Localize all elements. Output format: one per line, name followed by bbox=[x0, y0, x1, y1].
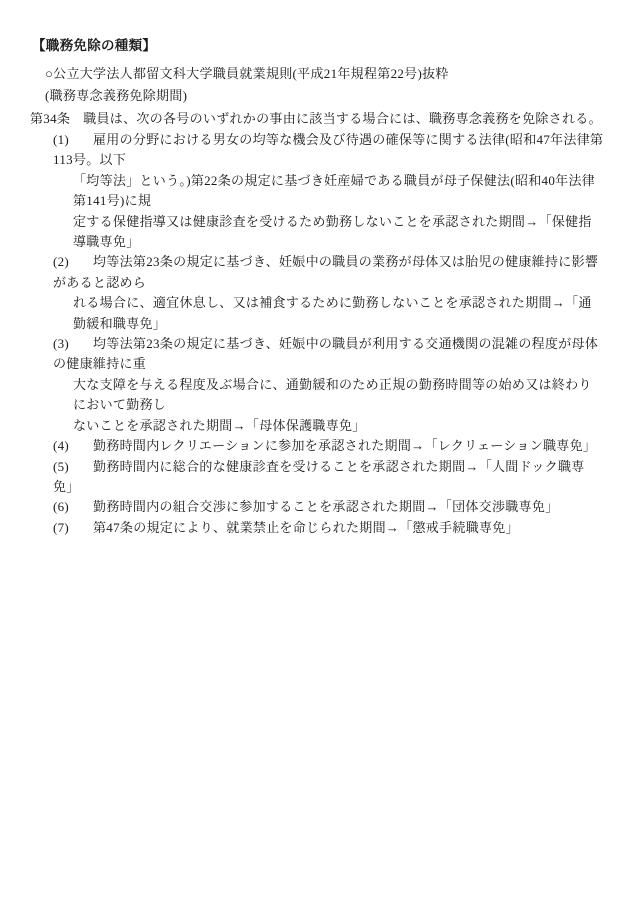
article-heading: 第34条職員は、次の各号のいずれかの事由に該当する場合には、職務専念義務を免除さ… bbox=[30, 108, 604, 129]
article-text: 職員は、次の各号のいずれかの事由に該当する場合には、職務専念義務を免除される。 bbox=[83, 111, 602, 126]
regulation-source-line: ○公立大学法人都留文科大学職員就業規則(平成21年規程第22号)抜粋 bbox=[45, 63, 604, 85]
item-marker: (1) bbox=[53, 130, 93, 150]
document-page: 【職務免除の種類】 ○公立大学法人都留文科大学職員就業規則(平成21年規程第22… bbox=[0, 0, 630, 903]
clause-caption-line: (職務専念義務免除期間) bbox=[45, 85, 604, 107]
item-marker: (7) bbox=[53, 518, 93, 538]
item-marker: (2) bbox=[53, 252, 93, 272]
list-item-6: (6)勤務時間内の組合交渉に参加することを承認された期間→「団体交渉職専免」 bbox=[30, 497, 604, 517]
item-line: 第47条の規定により、就業禁止を命じられた期間→「懲戒手続職専免」 bbox=[93, 520, 519, 535]
item-line: ないことを承認された期間→「母体保護職専免」 bbox=[30, 416, 604, 436]
list-item-7: (7)第47条の規定により、就業禁止を命じられた期間→「懲戒手続職専免」 bbox=[30, 518, 604, 538]
list-item-5: (5)勤務時間内に総合的な健康診査を受けることを承認された期間→「人間ドック職専… bbox=[30, 457, 604, 498]
item-line: 勤務時間内の組合交渉に参加することを承認された期間→「団体交渉職専免」 bbox=[93, 499, 559, 514]
list-item-3: (3)均等法第23条の規定に基づき、妊娠中の職員が利用する交通機関の混雑の程度が… bbox=[30, 334, 604, 436]
item-line: 勤務時間内に総合的な健康診査を受けることを承認された期間→「人間ドック職専免」 bbox=[53, 459, 585, 494]
item-list: (1)雇用の分野における男女の均等な機会及び待遇の確保等に関する法律(昭和47年… bbox=[30, 130, 604, 538]
item-line: 「均等法」という。)第22条の規定に基づき妊産婦である職員が母子保健法(昭和40… bbox=[30, 171, 604, 212]
article-number: 第34条 bbox=[30, 111, 70, 126]
item-line: 定する保健指導又は健康診査を受けるため勤務しないことを承認された期間→「保健指導… bbox=[30, 212, 604, 253]
list-item-2: (2)均等法第23条の規定に基づき、妊娠中の職員の業務が母体又は胎児の健康維持に… bbox=[30, 252, 604, 334]
item-line: 均等法第23条の規定に基づき、妊娠中の職員が利用する交通機関の混雑の程度が母体の… bbox=[53, 336, 598, 371]
item-marker: (4) bbox=[53, 436, 93, 456]
item-marker: (5) bbox=[53, 457, 93, 477]
item-line: 雇用の分野における男女の均等な機会及び待遇の確保等に関する法律(昭和47年法律第… bbox=[53, 132, 603, 167]
item-line: 大な支障を与える程度及ぶ場合に、通勤緩和のため正規の勤務時間等の始め又は終わりに… bbox=[30, 375, 604, 416]
section-heading: 【職務免除の種類】 bbox=[32, 36, 604, 56]
list-item-4: (4)勤務時間内レクリエーションに参加を承認された期間→「レクリェーション職専免… bbox=[30, 436, 604, 456]
item-line: 勤務時間内レクリエーションに参加を承認された期間→「レクリェーション職専免」 bbox=[93, 438, 596, 453]
item-line: れる場合に、適宜休息し、又は補食するために勤務しないことを承認された期間→「通勤… bbox=[30, 293, 604, 334]
preamble: ○公立大学法人都留文科大学職員就業規則(平成21年規程第22号)抜粋 (職務専念… bbox=[30, 63, 604, 107]
item-line: 均等法第23条の規定に基づき、妊娠中の職員の業務が母体又は胎児の健康維持に影響が… bbox=[53, 254, 598, 289]
list-item-1: (1)雇用の分野における男女の均等な機会及び待遇の確保等に関する法律(昭和47年… bbox=[30, 130, 604, 252]
item-marker: (6) bbox=[53, 497, 93, 517]
item-marker: (3) bbox=[53, 334, 93, 354]
